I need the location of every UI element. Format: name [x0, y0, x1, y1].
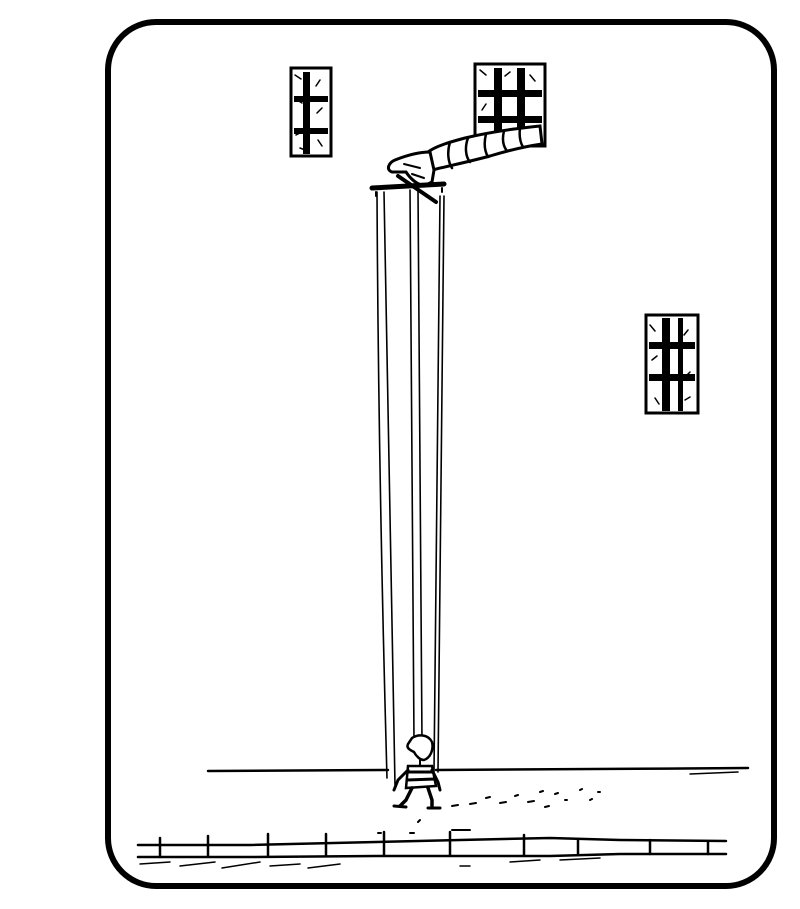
marionette-strings: [377, 190, 444, 785]
drawing-canvas: [0, 0, 800, 909]
puppet-figure: [394, 735, 440, 808]
street-hatch: [690, 772, 738, 774]
sidewalk-curb: [138, 832, 726, 868]
cartoon-illustration: [0, 0, 800, 909]
barred-window-right: [646, 315, 698, 413]
reaching-arm: [388, 126, 542, 186]
street-line: [208, 768, 748, 771]
barred-window-left: [291, 68, 331, 156]
ground-speckles: [378, 789, 600, 833]
